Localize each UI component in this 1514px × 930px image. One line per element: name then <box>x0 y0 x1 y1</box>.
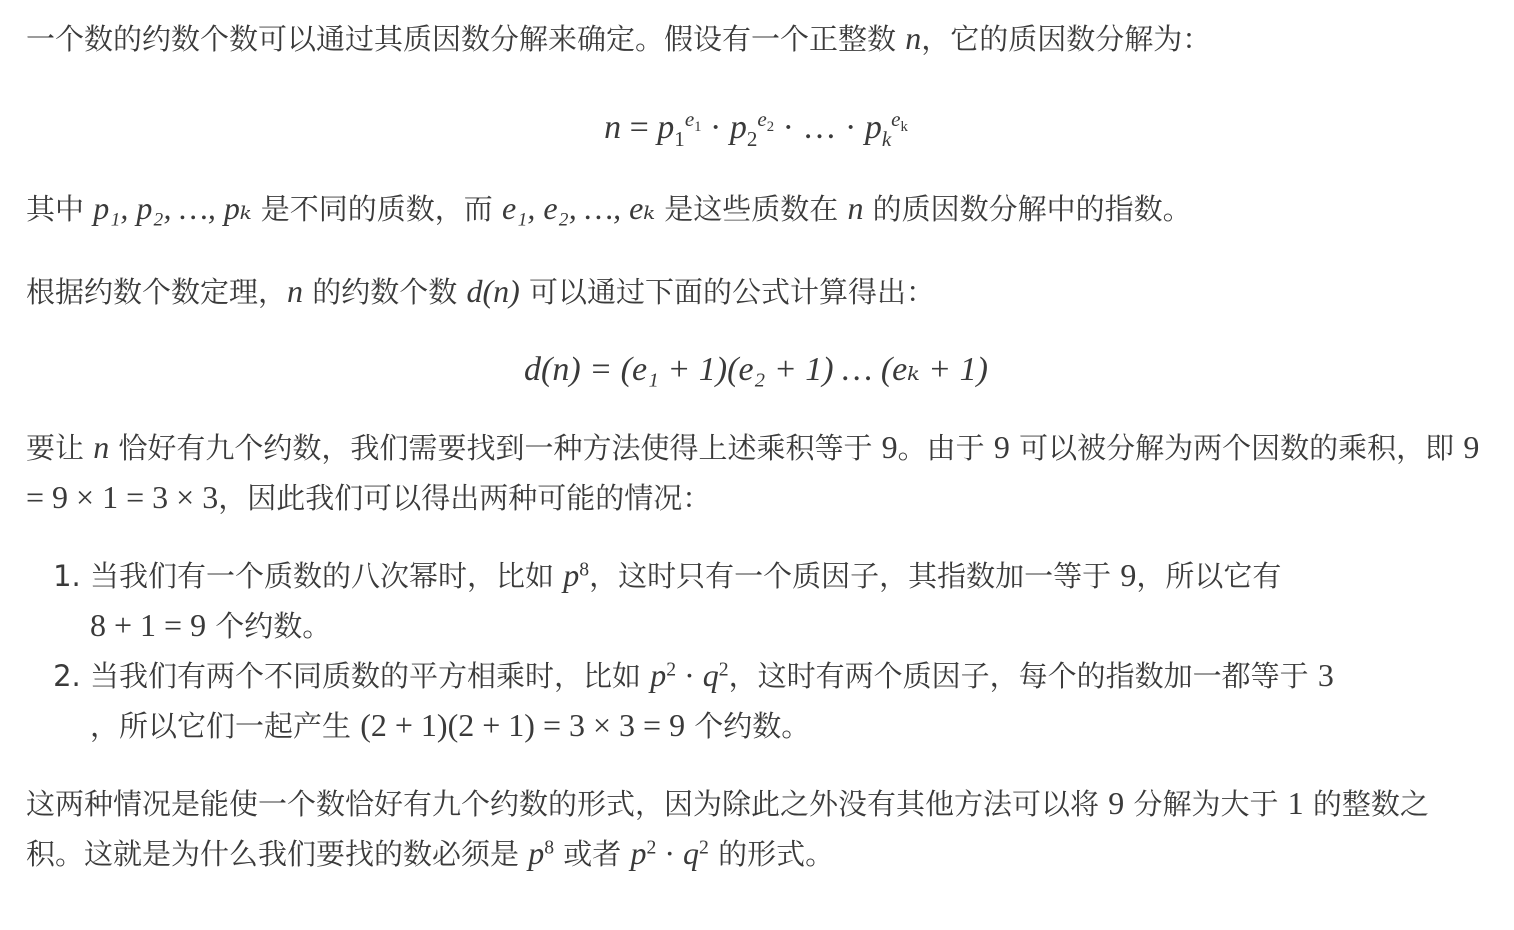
text: ，这时有两个质因子，每个的指数加一都等于 <box>729 659 1318 693</box>
intro-text-tail: ，它的质因数分解为： <box>921 22 1211 56</box>
math-sub: k <box>901 119 908 135</box>
formula-factorization: n = p1e1 · p2e2 · … · pkek <box>26 86 1486 170</box>
text: 个约数。 <box>206 609 331 643</box>
math-p: p <box>528 835 544 871</box>
math-dot: · <box>676 657 703 693</box>
primes-paragraph: 其中 p₁, p₂, …, pₖ 是不同的质数，而 e₁, e₂, …, eₖ … <box>26 184 1486 234</box>
math-sub: 1 <box>694 119 701 135</box>
text: 个约数。 <box>685 709 810 743</box>
text: 这两种情况是能使一个数恰好有九个约数的形式，因为除此之外没有其他方法可以将 <box>26 787 1108 821</box>
math-sup: 8 <box>544 836 554 858</box>
text: 的约数个数 <box>303 275 466 309</box>
math-sup: 2 <box>719 658 729 680</box>
document-body: 一个数的约数个数可以通过其质因数分解来确定。假设有一个正整数 n，它的质因数分解… <box>0 0 1514 879</box>
math-p: p <box>865 109 882 146</box>
math-d-of-n: d(n) <box>466 273 519 309</box>
text: ，这时只有一个质因子，其指数加一等于 <box>589 559 1120 593</box>
math-expr: 8 + 1 = 9 <box>90 607 206 643</box>
text: 是不同的质数，而 <box>252 192 502 226</box>
math-var-n: n <box>287 273 303 309</box>
math-expr: (2 + 1)(2 + 1) = 3 × 3 = 9 <box>360 707 685 743</box>
text: ，所以它有 <box>1136 559 1281 593</box>
math-ellipsis: · … · <box>774 109 865 146</box>
intro-text: 一个数的约数个数可以通过其质因数分解来确定。假设有一个正整数 <box>26 22 905 56</box>
theorem-paragraph: 根据约数个数定理，n 的约数个数 d(n) 可以通过下面的公式计算得出： <box>26 267 1486 317</box>
text: 的形式。 <box>709 837 834 871</box>
text: 根据约数个数定理， <box>26 275 287 309</box>
text: 要让 <box>26 431 93 465</box>
text: ，所以它们一起产生 <box>90 709 360 743</box>
math-eq: = <box>621 109 657 146</box>
cases-list: 当我们有一个质数的八次幂时，比如 p8，这时只有一个质因子，其指数加一等于 9，… <box>26 551 1486 751</box>
math-e: e <box>891 107 900 131</box>
math-divisor-formula: d(n) = (e₁ + 1)(e₂ + 1) … (eₖ + 1) <box>524 351 988 388</box>
math-dot: · <box>656 835 683 871</box>
formula-divisor-count: d(n) = (e₁ + 1)(e₂ + 1) … (eₖ + 1) <box>26 337 1486 403</box>
math-sub: 2 <box>747 127 758 151</box>
math-one: 1 <box>1288 785 1304 821</box>
math-p: p <box>657 109 674 146</box>
text: ，因此我们可以得出两种可能的情况： <box>218 481 711 515</box>
math-e: e <box>757 107 766 131</box>
math-p: p <box>650 657 666 693</box>
math-q: q <box>703 657 719 693</box>
math-var-n: n <box>847 190 863 226</box>
conclusion-paragraph: 这两种情况是能使一个数恰好有九个约数的形式，因为除此之外没有其他方法可以将 9 … <box>26 779 1486 879</box>
math-sup: 2 <box>647 836 657 858</box>
math-sup: e1 <box>685 107 702 131</box>
math-nine: 9 <box>882 429 898 465</box>
text: 当我们有一个质数的八次幂时，比如 <box>90 559 563 593</box>
math-p: p <box>730 109 747 146</box>
math-q: q <box>683 835 699 871</box>
math-p: p <box>563 557 579 593</box>
math-p: p <box>631 835 647 871</box>
math-three: 3 <box>1318 657 1334 693</box>
nine-divisors-paragraph: 要让 n 恰好有九个约数，我们需要找到一种方法使得上述乘积等于 9。由于 9 可… <box>26 423 1486 523</box>
math-sub: k <box>882 127 891 151</box>
math-nine: 9 <box>1108 785 1124 821</box>
math-var-n: n <box>905 20 921 56</box>
math-exponents-list: e₁, e₂, …, eₖ <box>502 190 655 226</box>
math-sup: e2 <box>757 107 774 131</box>
text: 其中 <box>26 192 93 226</box>
math-nine: 9 <box>1120 557 1136 593</box>
text: 分解为大于 <box>1124 787 1287 821</box>
math-sup: 8 <box>579 558 589 580</box>
text: 可以通过下面的公式计算得出： <box>520 275 935 309</box>
case-item-1: 当我们有一个质数的八次幂时，比如 p8，这时只有一个质因子，其指数加一等于 9，… <box>90 551 1486 651</box>
text: 恰好有九个约数，我们需要找到一种方法使得上述乘积等于 <box>109 431 881 465</box>
math-sup: ek <box>891 107 908 131</box>
text: 是这些质数在 <box>655 192 847 226</box>
math-nine: 9 <box>994 429 1010 465</box>
text: 可以被分解为两个因数的乘积，即 <box>1010 431 1463 465</box>
text: 或者 <box>554 837 630 871</box>
text: 的质因数分解中的指数。 <box>863 192 1191 226</box>
math-dot: · <box>702 109 730 146</box>
math-primes-list: p₁, p₂, …, pₖ <box>93 190 251 226</box>
math-n: n <box>604 109 621 146</box>
math-sub: 1 <box>674 127 685 151</box>
intro-paragraph: 一个数的约数个数可以通过其质因数分解来确定。假设有一个正整数 n，它的质因数分解… <box>26 14 1486 64</box>
case-item-2: 当我们有两个不同质数的平方相乘时，比如 p2 · q2，这时有两个质因子，每个的… <box>90 651 1486 751</box>
text: 当我们有两个不同质数的平方相乘时，比如 <box>90 659 650 693</box>
math-sup: 2 <box>666 658 676 680</box>
text: 。由于 <box>898 431 994 465</box>
math-var-n: n <box>93 429 109 465</box>
math-e: e <box>685 107 694 131</box>
math-sup: 2 <box>699 836 709 858</box>
